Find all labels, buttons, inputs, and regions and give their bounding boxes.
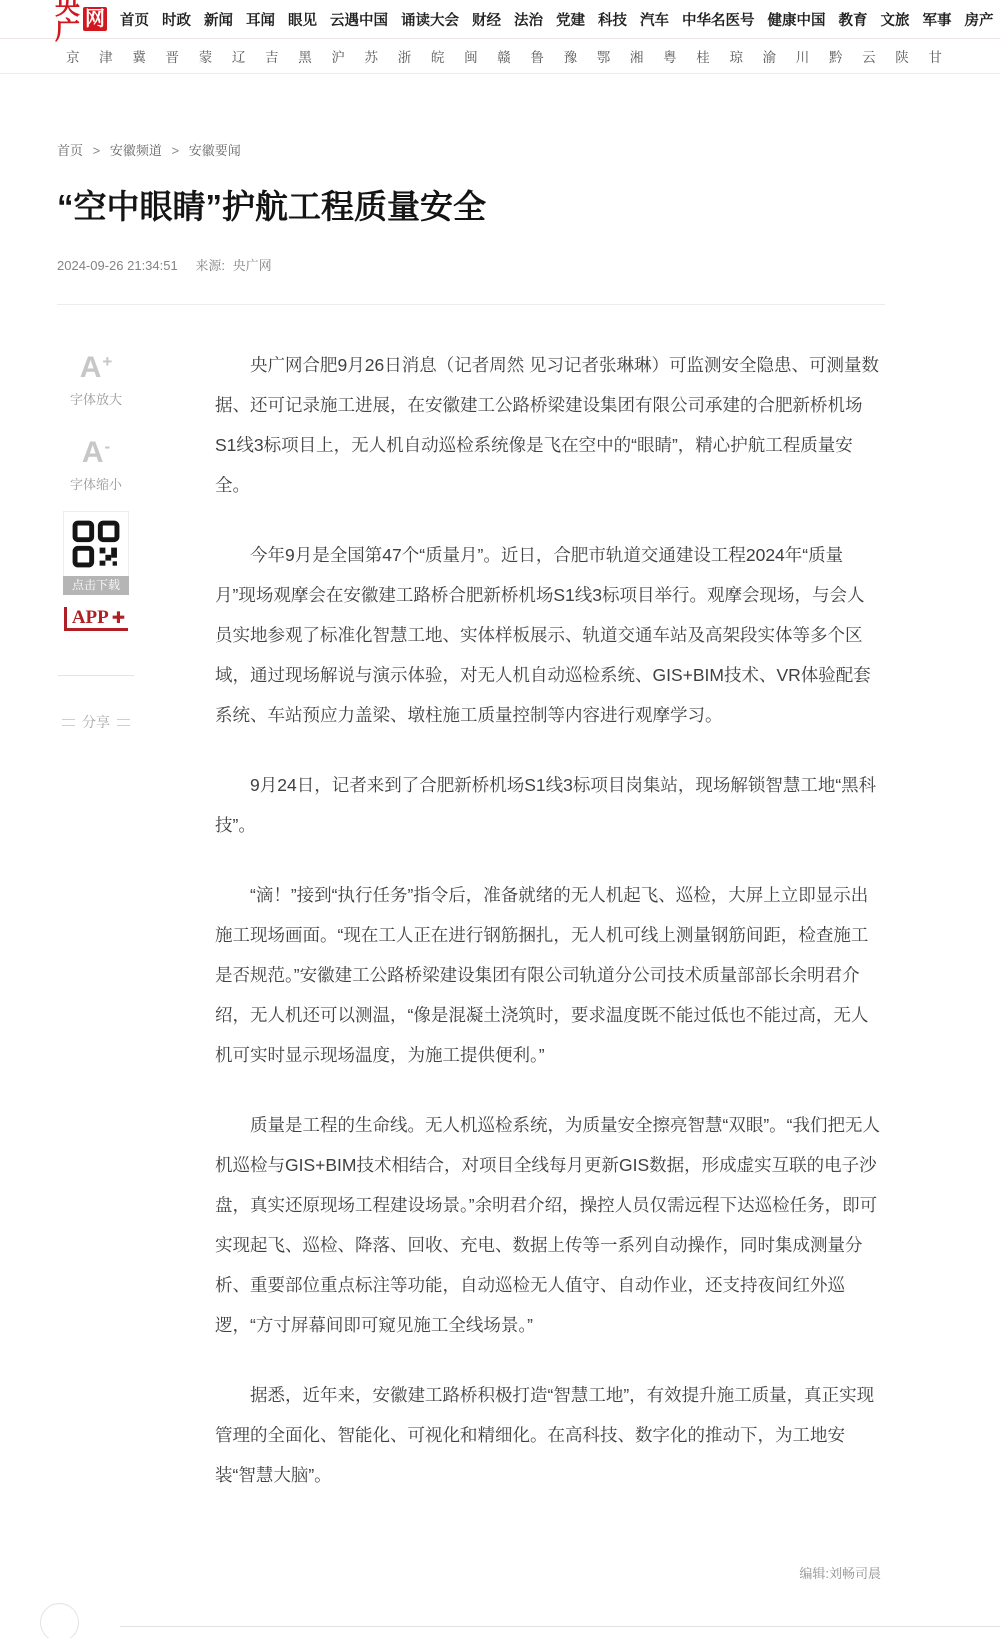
article-paragraph: 质量是工程的生命线。无人机巡检系统，为质量安全擦亮智慧“双眼”。“我们把无人机巡… [215, 1105, 881, 1345]
top-navigation-bar: 央广 网 首页时政新闻耳闻眼见云遇中国诵读大会财经法治党建科技汽车中华名医号健康… [0, 0, 1000, 39]
breadcrumb: 首页 > 安徽频道 > 安徽要闻 [57, 140, 1000, 159]
region-item[interactable]: 辽 [232, 46, 246, 66]
region-item[interactable]: 桂 [696, 46, 710, 66]
nav-item[interactable]: 军事 [923, 9, 952, 30]
region-item[interactable]: 赣 [497, 46, 511, 66]
region-item[interactable]: 晋 [166, 46, 180, 66]
qr-code-icon [63, 511, 129, 576]
article-paragraph: 央广网合肥9月26日消息（记者周然 见习记者张琳琳）可监测安全隐患、可测量数据、… [215, 345, 881, 505]
article-column: 央广网合肥9月26日消息（记者周然 见习记者张琳琳）可监测安全隐患、可测量数据、… [215, 345, 881, 1582]
region-item[interactable]: 蒙 [199, 46, 213, 66]
dash-decoration-right [117, 719, 130, 726]
breadcrumb-separator: > [93, 143, 101, 158]
site-logo[interactable]: 央广 网 [55, 0, 107, 44]
nav-item[interactable]: 诵读大会 [401, 9, 459, 30]
region-item[interactable]: 粤 [663, 46, 677, 66]
qr-caption: 点击下载 [63, 576, 129, 595]
meta-divider [57, 304, 885, 305]
publish-timestamp: 2024-09-26 21:34:51 [57, 258, 178, 273]
nav-item[interactable]: 汽车 [640, 9, 669, 30]
breadcrumb-channel[interactable]: 安徽频道 [110, 143, 162, 158]
region-item[interactable]: 黑 [298, 46, 312, 66]
region-item[interactable]: 浙 [398, 46, 412, 66]
nav-item[interactable]: 法治 [514, 9, 543, 30]
primary-nav: 首页时政新闻耳闻眼见云遇中国诵读大会财经法治党建科技汽车中华名医号健康中国教育文… [120, 9, 1000, 30]
footer-divider [120, 1626, 1000, 1627]
region-item[interactable]: 沪 [331, 46, 345, 66]
source-label: 来源: [195, 258, 225, 273]
nav-item[interactable]: 房产 [965, 9, 994, 30]
app-download-qr[interactable]: 点击下载 APP ✚ [63, 511, 129, 631]
font-shrink-icon: A- [70, 430, 122, 470]
region-item[interactable]: 湘 [630, 46, 644, 66]
share-button[interactable]: 分享 [62, 712, 130, 732]
nav-item[interactable]: 云遇中国 [330, 9, 388, 30]
font-enlarge-label: 字体放大 [70, 389, 122, 408]
font-shrink-button[interactable]: A- 字体缩小 [70, 430, 122, 493]
article-paragraph: 今年9月是全国第47个“质量月”。近日，合肥市轨道交通建设工程2024年“质量月… [215, 535, 881, 735]
region-item[interactable]: 冀 [132, 46, 146, 66]
region-nav: 京津冀晋蒙辽吉黑沪苏浙皖闽赣鲁豫鄂湘粤桂琼渝川黔云陕甘 [0, 39, 1000, 74]
region-item[interactable]: 鲁 [530, 46, 544, 66]
nav-item[interactable]: 科技 [598, 9, 627, 30]
nav-item[interactable]: 时政 [162, 9, 191, 30]
nav-item[interactable]: 教育 [839, 9, 868, 30]
region-item[interactable]: 皖 [431, 46, 445, 66]
page-title: “空中眼睛”护航工程质量安全 [57, 185, 1000, 229]
editor-credit: 编辑:刘畅司晨 [215, 1563, 881, 1582]
breadcrumb-home[interactable]: 首页 [57, 143, 83, 158]
region-item[interactable]: 豫 [564, 46, 578, 66]
article-meta: 2024-09-26 21:34:51 来源: 央广网 [57, 255, 1000, 274]
article-tools-sidebar: A+ 字体放大 A- 字体缩小 [56, 345, 136, 732]
article-paragraph: 据悉，近年来，安徽建工路桥积极打造“智慧工地”，有效提升施工质量，真正实现管理的… [215, 1375, 881, 1495]
region-item[interactable]: 陕 [895, 46, 909, 66]
region-item[interactable]: 吉 [265, 46, 279, 66]
region-item[interactable]: 苏 [365, 46, 379, 66]
breadcrumb-current: 安徽要闻 [189, 143, 241, 158]
tools-divider [58, 675, 134, 676]
share-label: 分享 [82, 712, 110, 732]
site-logo-text: 央广 [55, 0, 81, 44]
font-enlarge-button[interactable]: A+ 字体放大 [70, 345, 122, 408]
region-item[interactable]: 琼 [729, 46, 743, 66]
region-item[interactable]: 鄂 [597, 46, 611, 66]
article-body: 央广网合肥9月26日消息（记者周然 见习记者张琳琳）可监测安全隐患、可测量数据、… [215, 345, 881, 1495]
region-item[interactable]: 津 [99, 46, 113, 66]
nav-item[interactable]: 耳闻 [246, 9, 275, 30]
region-item[interactable]: 云 [862, 46, 876, 66]
nav-item[interactable]: 眼见 [288, 9, 317, 30]
app-badge[interactable]: APP ✚ [64, 607, 128, 631]
nav-item[interactable]: 党建 [556, 9, 585, 30]
source-name: 央广网 [233, 258, 272, 273]
app-badge-label: APP [72, 608, 109, 627]
plus-icon: ✚ [112, 611, 125, 627]
nav-item[interactable]: 中华名医号 [682, 9, 755, 30]
site-logo-net-mark: 网 [83, 7, 107, 31]
dash-decoration-left [62, 719, 75, 726]
nav-item[interactable]: 健康中国 [768, 9, 826, 30]
font-shrink-label: 字体缩小 [70, 474, 122, 493]
nav-item[interactable]: 文旅 [881, 9, 910, 30]
region-item[interactable]: 黔 [829, 46, 843, 66]
nav-item[interactable]: 首页 [120, 9, 149, 30]
article-paragraph: “滴！”接到“执行任务”指令后，准备就绪的无人机起飞、巡检，大屏上立即显示出施工… [215, 875, 881, 1075]
floating-widget-circle[interactable] [40, 1603, 79, 1638]
article-paragraph: 9月24日，记者来到了合肥新桥机场S1线3标项目岗集站，现场解锁智慧工地“黑科技… [215, 765, 881, 845]
font-enlarge-icon: A+ [70, 345, 122, 385]
nav-item[interactable]: 新闻 [204, 9, 233, 30]
region-item[interactable]: 川 [796, 46, 810, 66]
region-item[interactable]: 闽 [464, 46, 478, 66]
region-item[interactable]: 渝 [763, 46, 777, 66]
nav-item[interactable]: 财经 [472, 9, 501, 30]
region-item[interactable]: 甘 [928, 46, 942, 66]
breadcrumb-separator: > [172, 143, 180, 158]
main-area: A+ 字体放大 A- 字体缩小 [0, 345, 1000, 1582]
region-item[interactable]: 京 [66, 46, 80, 66]
